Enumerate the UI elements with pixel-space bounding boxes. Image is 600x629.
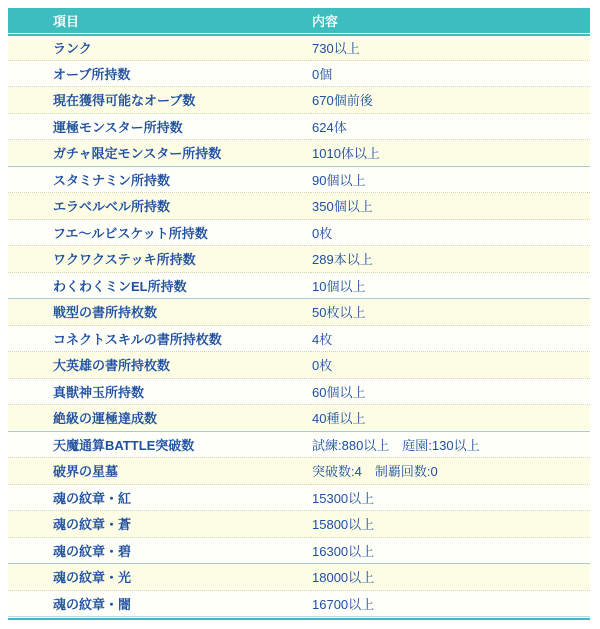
value-cell: 40種以上 [311, 405, 590, 432]
table-row: ガチャ限定モンスター所持数1010体以上 [8, 140, 590, 167]
table-row: 現在獲得可能なオーブ数670個前後 [8, 87, 590, 114]
value-cell: 90個以上 [311, 167, 590, 194]
table-row: オーブ所持数0個 [8, 61, 590, 88]
table-body: ランク730以上オーブ所持数0個現在獲得可能なオーブ数670個前後運極モンスター… [8, 34, 590, 617]
table-row: 真獣神玉所持数60個以上 [8, 379, 590, 406]
table-row: 魂の紋章・紅15300以上 [8, 485, 590, 512]
item-cell: 現在獲得可能なオーブ数 [8, 87, 311, 114]
item-cell: 魂の紋章・紅 [8, 485, 311, 512]
table-row: 絶級の運極達成数40種以上 [8, 405, 590, 432]
value-cell: 624体 [311, 114, 590, 141]
account-spec-table-wrap: 項目 内容 ランク730以上オーブ所持数0個現在獲得可能なオーブ数670個前後運… [8, 8, 590, 620]
item-cell: コネクトスキルの書所持枚数 [8, 326, 311, 353]
item-cell: オーブ所持数 [8, 61, 311, 88]
item-cell: 戦型の書所持枚数 [8, 299, 311, 326]
table-row: 魂の紋章・碧16300以上 [8, 538, 590, 565]
table-row: コネクトスキルの書所持枚数4枚 [8, 326, 590, 353]
value-cell: 試練:880以上 庭園:130以上 [311, 432, 590, 459]
account-spec-table: 項目 内容 ランク730以上オーブ所持数0個現在獲得可能なオーブ数670個前後運… [8, 8, 590, 617]
item-cell: 絶級の運極達成数 [8, 405, 311, 432]
item-cell: 魂の紋章・闇 [8, 591, 311, 618]
value-cell: 18000以上 [311, 564, 590, 591]
value-cell: 15300以上 [311, 485, 590, 512]
value-cell: 0枚 [311, 220, 590, 247]
table-row: 魂の紋章・光18000以上 [8, 564, 590, 591]
item-cell: 破界の星墓 [8, 458, 311, 485]
table-row: ワクワクステッキ所持数289本以上 [8, 246, 590, 273]
value-cell: 0枚 [311, 352, 590, 379]
value-cell: 730以上 [311, 34, 590, 61]
header-value-column: 内容 [311, 8, 590, 34]
value-cell: 10個以上 [311, 273, 590, 300]
value-cell: 50枚以上 [311, 299, 590, 326]
table-row: 運極モンスター所持数624体 [8, 114, 590, 141]
value-cell: 16700以上 [311, 591, 590, 618]
item-cell: 運極モンスター所持数 [8, 114, 311, 141]
value-cell: 60個以上 [311, 379, 590, 406]
header-item-column: 項目 [8, 8, 311, 34]
header-row: 項目 内容 [8, 8, 590, 34]
value-cell: 670個前後 [311, 87, 590, 114]
item-cell: わくわくミンEL所持数 [8, 273, 311, 300]
value-cell: 1010体以上 [311, 140, 590, 167]
table-row: わくわくミンEL所持数10個以上 [8, 273, 590, 300]
table-row: 破界の星墓突破数:4 制覇回数:0 [8, 458, 590, 485]
value-cell: 突破数:4 制覇回数:0 [311, 458, 590, 485]
item-cell: ガチャ限定モンスター所持数 [8, 140, 311, 167]
item-cell: 天魔通算BATTLE突破数 [8, 432, 311, 459]
value-cell: 4枚 [311, 326, 590, 353]
item-cell: 大英雄の書所持枚数 [8, 352, 311, 379]
table-row: スタミナミン所持数90個以上 [8, 167, 590, 194]
item-cell: 魂の紋章・蒼 [8, 511, 311, 538]
item-cell: フエ〜ルビスケット所持数 [8, 220, 311, 247]
table-row: 魂の紋章・蒼15800以上 [8, 511, 590, 538]
item-cell: 真獣神玉所持数 [8, 379, 311, 406]
table-row: ランク730以上 [8, 34, 590, 61]
value-cell: 0個 [311, 61, 590, 88]
item-cell: ランク [8, 34, 311, 61]
table-row: 戦型の書所持枚数50枚以上 [8, 299, 590, 326]
item-cell: エラベルベル所持数 [8, 193, 311, 220]
item-cell: 魂の紋章・光 [8, 564, 311, 591]
item-cell: ワクワクステッキ所持数 [8, 246, 311, 273]
table-row: フエ〜ルビスケット所持数0枚 [8, 220, 590, 247]
item-cell: 魂の紋章・碧 [8, 538, 311, 565]
item-cell: スタミナミン所持数 [8, 167, 311, 194]
table-row: 大英雄の書所持枚数0枚 [8, 352, 590, 379]
value-cell: 289本以上 [311, 246, 590, 273]
value-cell: 16300以上 [311, 538, 590, 565]
value-cell: 350個以上 [311, 193, 590, 220]
table-row: エラベルベル所持数350個以上 [8, 193, 590, 220]
table-row: 天魔通算BATTLE突破数試練:880以上 庭園:130以上 [8, 432, 590, 459]
table-row: 魂の紋章・闇16700以上 [8, 591, 590, 618]
value-cell: 15800以上 [311, 511, 590, 538]
